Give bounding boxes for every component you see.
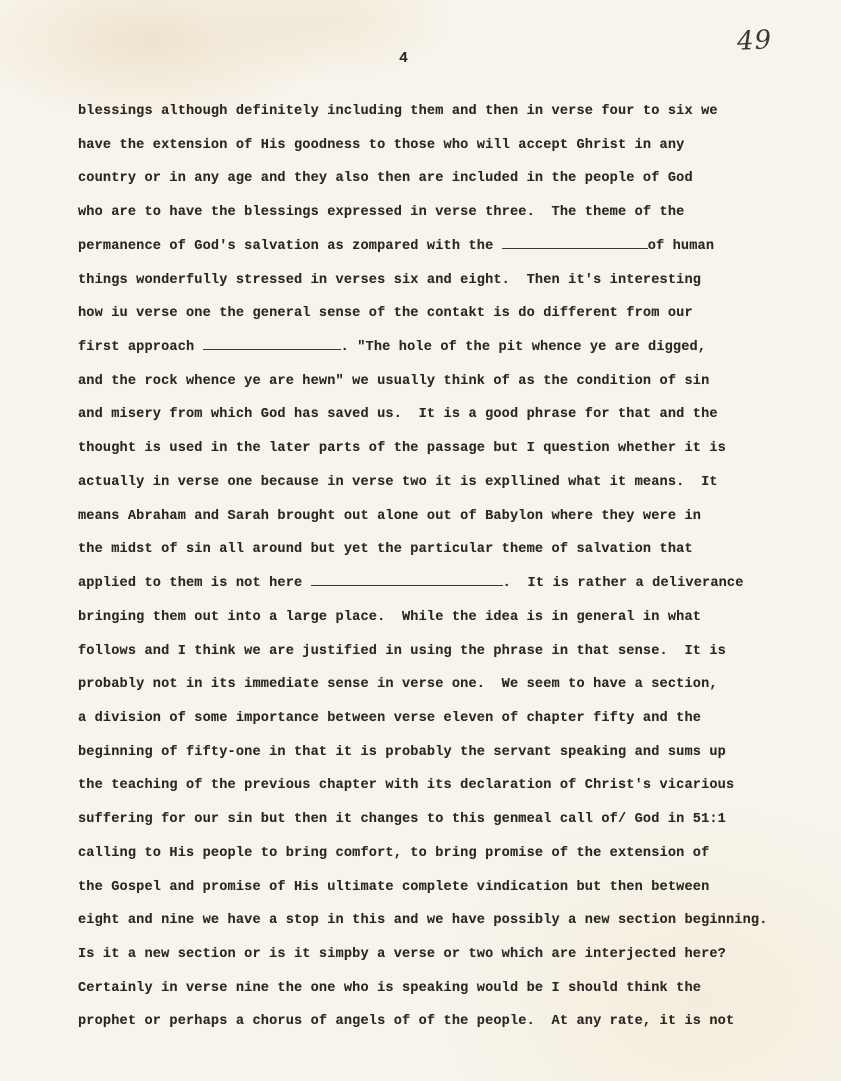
line-text-tail: of human [648,239,714,254]
line-text: who are to have the blessings expressed … [78,205,684,220]
line-text: probably not in its immediate sense in v… [78,677,718,692]
line-text: actually in verse one because in verse t… [78,475,718,490]
line-text: the midst of sin all around but yet the … [78,542,693,557]
blank-underline [502,236,648,249]
line-text: follows and I think we are justified in … [78,644,726,659]
text-line: things wonderfully stressed in verses si… [78,270,778,304]
line-text: calling to His people to bring comfort, … [78,846,709,861]
text-line: the midst of sin all around but yet the … [78,539,778,573]
text-line: follows and I think we are justified in … [78,641,778,675]
text-line: permanence of God's salvation as zompare… [78,236,778,270]
line-text: how iu verse one the general sense of th… [78,306,693,321]
text-line: prophet or perhaps a chorus of angels of… [78,1011,778,1045]
line-text: have the extension of His goodness to th… [78,138,684,153]
text-line: country or in any age and they also then… [78,168,778,202]
handwritten-page-annotation: 49 [736,25,773,57]
page-number: 4 [399,50,408,67]
text-line: and the rock whence ye are hewn" we usua… [78,371,778,405]
text-line: beginning of fifty-one in that it is pro… [78,742,778,776]
text-line: the teaching of the previous chapter wit… [78,775,778,809]
blank-underline [311,573,503,586]
text-line: how iu verse one the general sense of th… [78,303,778,337]
text-line: suffering for our sin but then it change… [78,809,778,843]
text-line: who are to have the blessings expressed … [78,202,778,236]
typed-document-page: 4 49 blessings although definitely inclu… [0,0,841,1081]
line-text-tail: . "The hole of the pit whence ye are dig… [341,340,707,355]
text-line: calling to His people to bring comfort, … [78,843,778,877]
text-line: bringing them out into a large place. Wh… [78,607,778,641]
line-text: things wonderfully stressed in verses si… [78,273,701,288]
line-text: Certainly in verse nine the one who is s… [78,981,701,996]
line-text: applied to them is not here [78,576,311,591]
text-line: and misery from which God has saved us. … [78,404,778,438]
line-text-tail: . It is rather a deliverance [503,576,744,591]
text-line: blessings although definitely including … [78,101,778,135]
line-text: bringing them out into a large place. Wh… [78,610,701,625]
text-line: have the extension of His goodness to th… [78,135,778,169]
line-text: first approach [78,340,203,355]
text-line: applied to them is not here . It is rath… [78,573,778,607]
line-text: Is it a new section or is it simpby a ve… [78,947,726,962]
line-text: permanence of God's salvation as zompare… [78,239,502,254]
text-line: thought is used in the later parts of th… [78,438,778,472]
line-text: the teaching of the previous chapter wit… [78,778,734,793]
text-line: eight and nine we have a stop in this an… [78,910,778,944]
line-text: the Gospel and promise of His ultimate c… [78,880,709,895]
line-text: suffering for our sin but then it change… [78,812,726,827]
text-line: the Gospel and promise of His ultimate c… [78,877,778,911]
body-text: blessings although definitely including … [78,101,778,1045]
line-text: country or in any age and they also then… [78,171,693,186]
text-line: probably not in its immediate sense in v… [78,674,778,708]
text-line: Certainly in verse nine the one who is s… [78,978,778,1012]
line-text: blessings although definitely including … [78,104,718,119]
text-line: a division of some importance between ve… [78,708,778,742]
line-text: a division of some importance between ve… [78,711,701,726]
text-line: first approach . "The hole of the pit wh… [78,337,778,371]
blank-underline [203,337,341,350]
line-text: thought is used in the later parts of th… [78,441,726,456]
text-line: means Abraham and Sarah brought out alon… [78,506,778,540]
line-text: means Abraham and Sarah brought out alon… [78,509,701,524]
line-text: eight and nine we have a stop in this an… [78,913,768,928]
line-text: and the rock whence ye are hewn" we usua… [78,374,709,389]
line-text: and misery from which God has saved us. … [78,407,718,422]
text-line: actually in verse one because in verse t… [78,472,778,506]
text-line: Is it a new section or is it simpby a ve… [78,944,778,978]
line-text: prophet or perhaps a chorus of angels of… [78,1014,734,1029]
line-text: beginning of fifty-one in that it is pro… [78,745,726,760]
